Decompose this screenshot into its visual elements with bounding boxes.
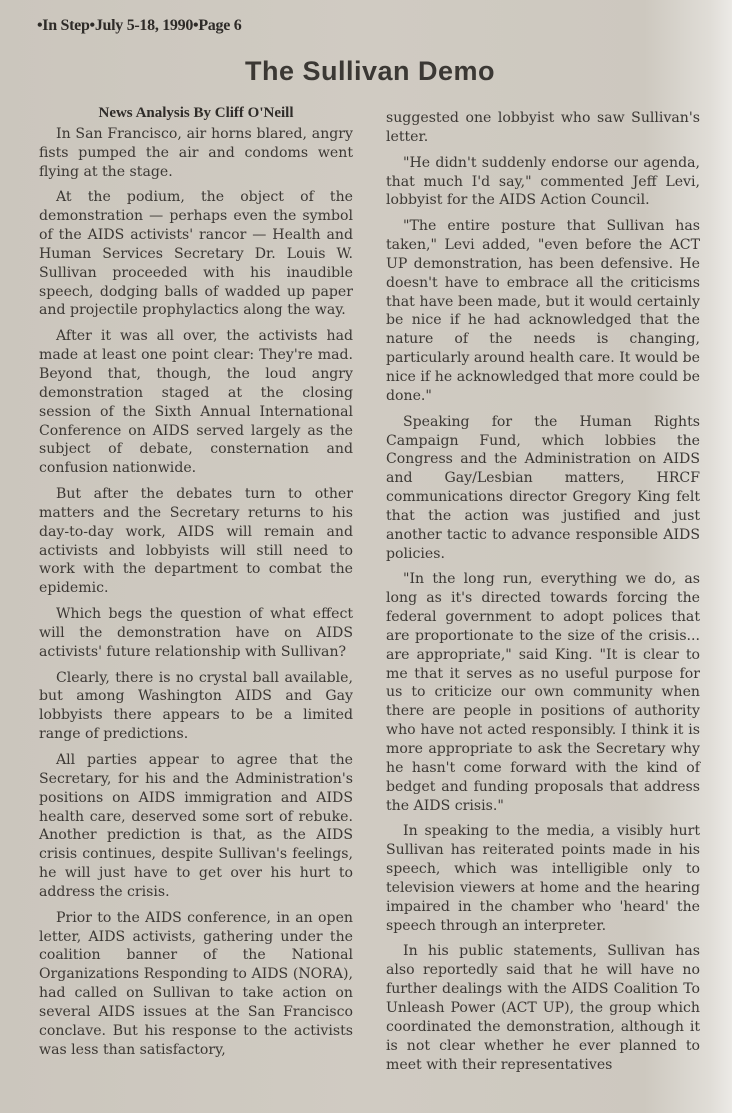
paragraph: Prior to the AIDS conference, in an open… — [39, 909, 353, 1060]
paragraph: Clearly, there is no crystal ball availa… — [39, 669, 353, 744]
byline: News Analysis By Cliff O'Neill — [39, 104, 353, 123]
article-column-left: News Analysis By Cliff O'Neill In San Fr… — [39, 104, 353, 1067]
paragraph: Speaking for the Human Rights Campaign F… — [386, 413, 700, 564]
paragraph: At the podium, the object of the demonst… — [39, 188, 353, 320]
paragraph: "In the long run, everything we do, as l… — [386, 570, 700, 815]
paragraph: After it was all over, the activists had… — [39, 327, 353, 478]
paragraph: In San Francisco, air horns blared, angr… — [39, 125, 353, 182]
paragraph: "He didn't suddenly endorse our agenda, … — [386, 154, 700, 211]
article-column-right: suggested one lobbyist who saw Sullivan'… — [386, 109, 700, 1081]
page-folio: •In Step•July 5-18, 1990•Page 6 — [37, 17, 241, 35]
paragraph-continuation: suggested one lobbyist who saw Sullivan'… — [386, 109, 700, 147]
newsprint-page: •In Step•July 5-18, 1990•Page 6 The Sull… — [0, 0, 732, 1113]
paragraph: But after the debates turn to other matt… — [39, 485, 353, 598]
paragraph: Which begs the question of what effect w… — [39, 605, 353, 662]
paragraph: "The entire posture that Sullivan has ta… — [386, 217, 700, 405]
paragraph: In his public statements, Sullivan has a… — [386, 942, 700, 1074]
paragraph: All parties appear to agree that the Sec… — [39, 751, 353, 902]
paragraph: In speaking to the media, a visibly hurt… — [386, 822, 700, 935]
headline: The Sullivan Demo — [0, 56, 732, 87]
